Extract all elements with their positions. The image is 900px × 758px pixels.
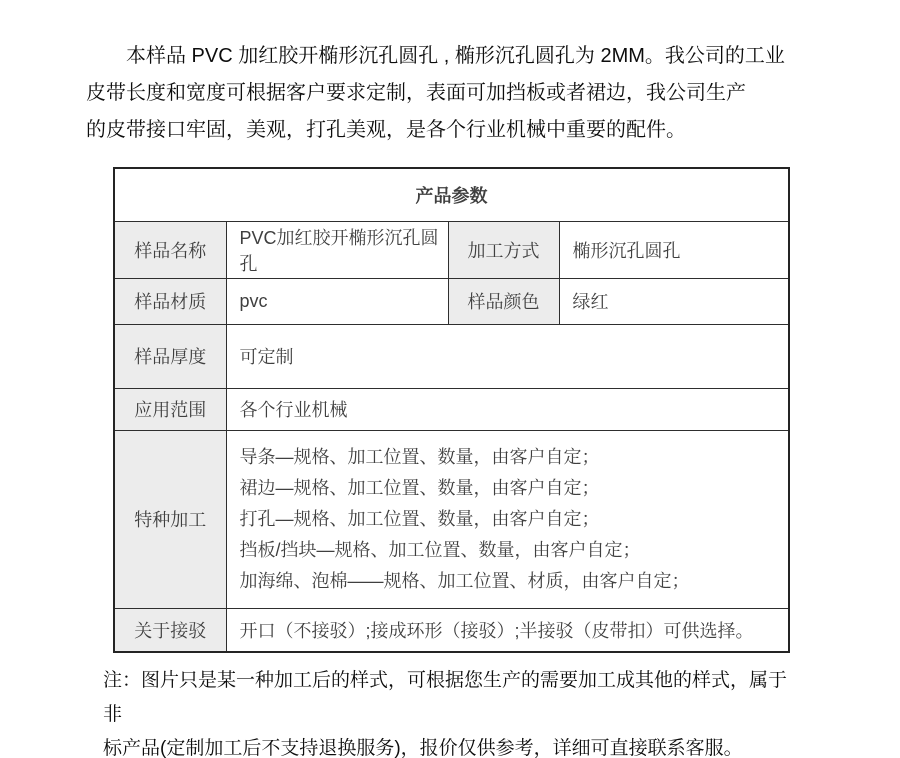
intro-line: 皮带长度和宽度可根据客户要求定制，表面可加挡板或者裙边，我公司生产 — [86, 75, 818, 112]
table-title-row: 产品参数 — [114, 168, 789, 221]
param-value-application-scope: 各个行业机械 — [226, 388, 789, 430]
special-processing-line: 挡板/挡块—规格、加工位置、数量，由客户自定； — [240, 535, 783, 566]
intro-paragraph: 本样品 PVC 加红胶开椭形沉孔圆孔 , 椭形沉孔圆孔为 2MM。我公司的工业 … — [86, 38, 818, 149]
param-label-sample-thickness: 样品厚度 — [114, 324, 226, 388]
param-value-joint-info: 开口（不接驳）;接成环形（接驳）;半接驳（皮带扣）可供选择。 — [226, 608, 789, 652]
param-value-sample-thickness: 可定制 — [226, 324, 789, 388]
param-label-application-scope: 应用范围 — [114, 388, 226, 430]
intro-line: 本样品 PVC 加红胶开椭形沉孔圆孔 , 椭形沉孔圆孔为 2MM。我公司的工业 — [86, 38, 818, 75]
table-row: 特种加工 导条—规格、加工位置、数量，由客户自定； 裙边—规格、加工位置、数量，… — [114, 430, 789, 608]
table-row: 样品材质 pvc 样品颜色 绿红 — [114, 278, 789, 324]
param-label-joint-info: 关于接驳 — [114, 608, 226, 652]
intro-line: 的皮带接口牢固，美观，打孔美观，是各个行业机械中重要的配件。 — [86, 112, 818, 149]
table-title: 产品参数 — [114, 168, 789, 221]
table-row: 应用范围 各个行业机械 — [114, 388, 789, 430]
special-processing-line: 导条—规格、加工位置、数量，由客户自定； — [240, 442, 783, 473]
product-params-table: 产品参数 样品名称 PVC加红胶开椭形沉孔圆孔 加工方式 椭形沉孔圆孔 样品材质… — [113, 167, 790, 653]
note-paragraph: 注：图片只是某一种加工后的样式，可根据您生产的需要加工成其他的样式，属于非 标产… — [103, 664, 803, 758]
param-label-sample-color: 样品颜色 — [448, 278, 559, 324]
param-label-processing-method: 加工方式 — [448, 221, 559, 278]
table-row: 样品厚度 可定制 — [114, 324, 789, 388]
param-value-sample-color: 绿红 — [559, 278, 789, 324]
special-processing-line: 加海绵、泡棉——规格、加工位置、材质，由客户自定； — [240, 566, 783, 597]
param-value-sample-material: pvc — [226, 278, 448, 324]
table-row: 关于接驳 开口（不接驳）;接成环形（接驳）;半接驳（皮带扣）可供选择。 — [114, 608, 789, 652]
param-value-sample-name: PVC加红胶开椭形沉孔圆孔 — [226, 221, 448, 278]
param-label-sample-material: 样品材质 — [114, 278, 226, 324]
special-processing-line: 打孔—规格、加工位置、数量，由客户自定； — [240, 504, 783, 535]
note-line: 标产品(定制加工后不支持退换服务)，报价仅供参考，详细可直接联系客服。 — [103, 732, 803, 758]
note-line: 注：图片只是某一种加工后的样式，可根据您生产的需要加工成其他的样式，属于非 — [103, 664, 803, 732]
param-value-special-processing: 导条—规格、加工位置、数量，由客户自定； 裙边—规格、加工位置、数量，由客户自定… — [226, 430, 789, 608]
table-row: 样品名称 PVC加红胶开椭形沉孔圆孔 加工方式 椭形沉孔圆孔 — [114, 221, 789, 278]
param-label-special-processing: 特种加工 — [114, 430, 226, 608]
param-label-sample-name: 样品名称 — [114, 221, 226, 278]
param-value-processing-method: 椭形沉孔圆孔 — [559, 221, 789, 278]
special-processing-line: 裙边—规格、加工位置、数量，由客户自定； — [240, 473, 783, 504]
